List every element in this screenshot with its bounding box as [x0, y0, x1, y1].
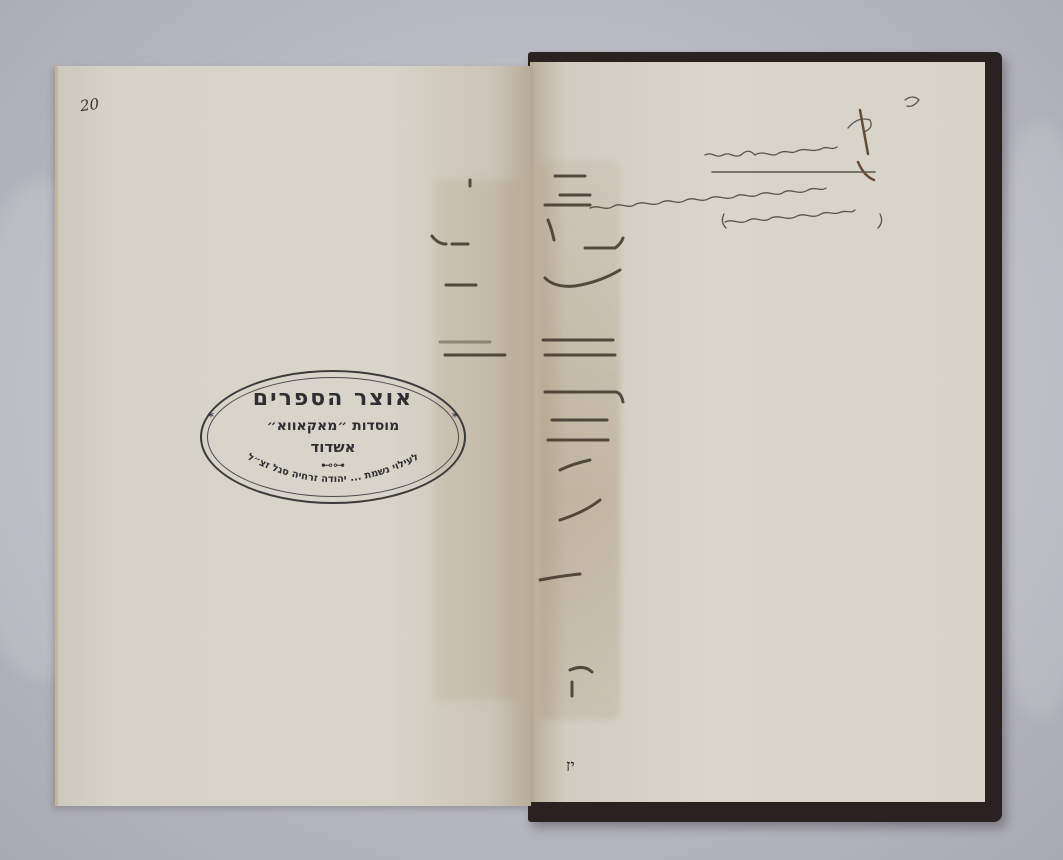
stamp-institution: מוסדות ״מאקאווא״ [202, 418, 464, 434]
stamp-title: אוצר הספרים [202, 386, 464, 411]
stamp-city: אשדוד [202, 438, 464, 456]
photo-scene: 20 לעילוי נשמת ... יהודה זרחיה סגל זצ״ל … [0, 0, 1063, 860]
glue-stain [540, 160, 620, 720]
page-number: 20 [79, 95, 100, 115]
library-stamp: לעילוי נשמת ... יהודה זרחיה סגל זצ״ל * *… [200, 370, 466, 504]
handwritten-bottom-mark: יז [566, 756, 575, 776]
stamp-ornament-icon: ⊷⊶ [202, 458, 464, 472]
